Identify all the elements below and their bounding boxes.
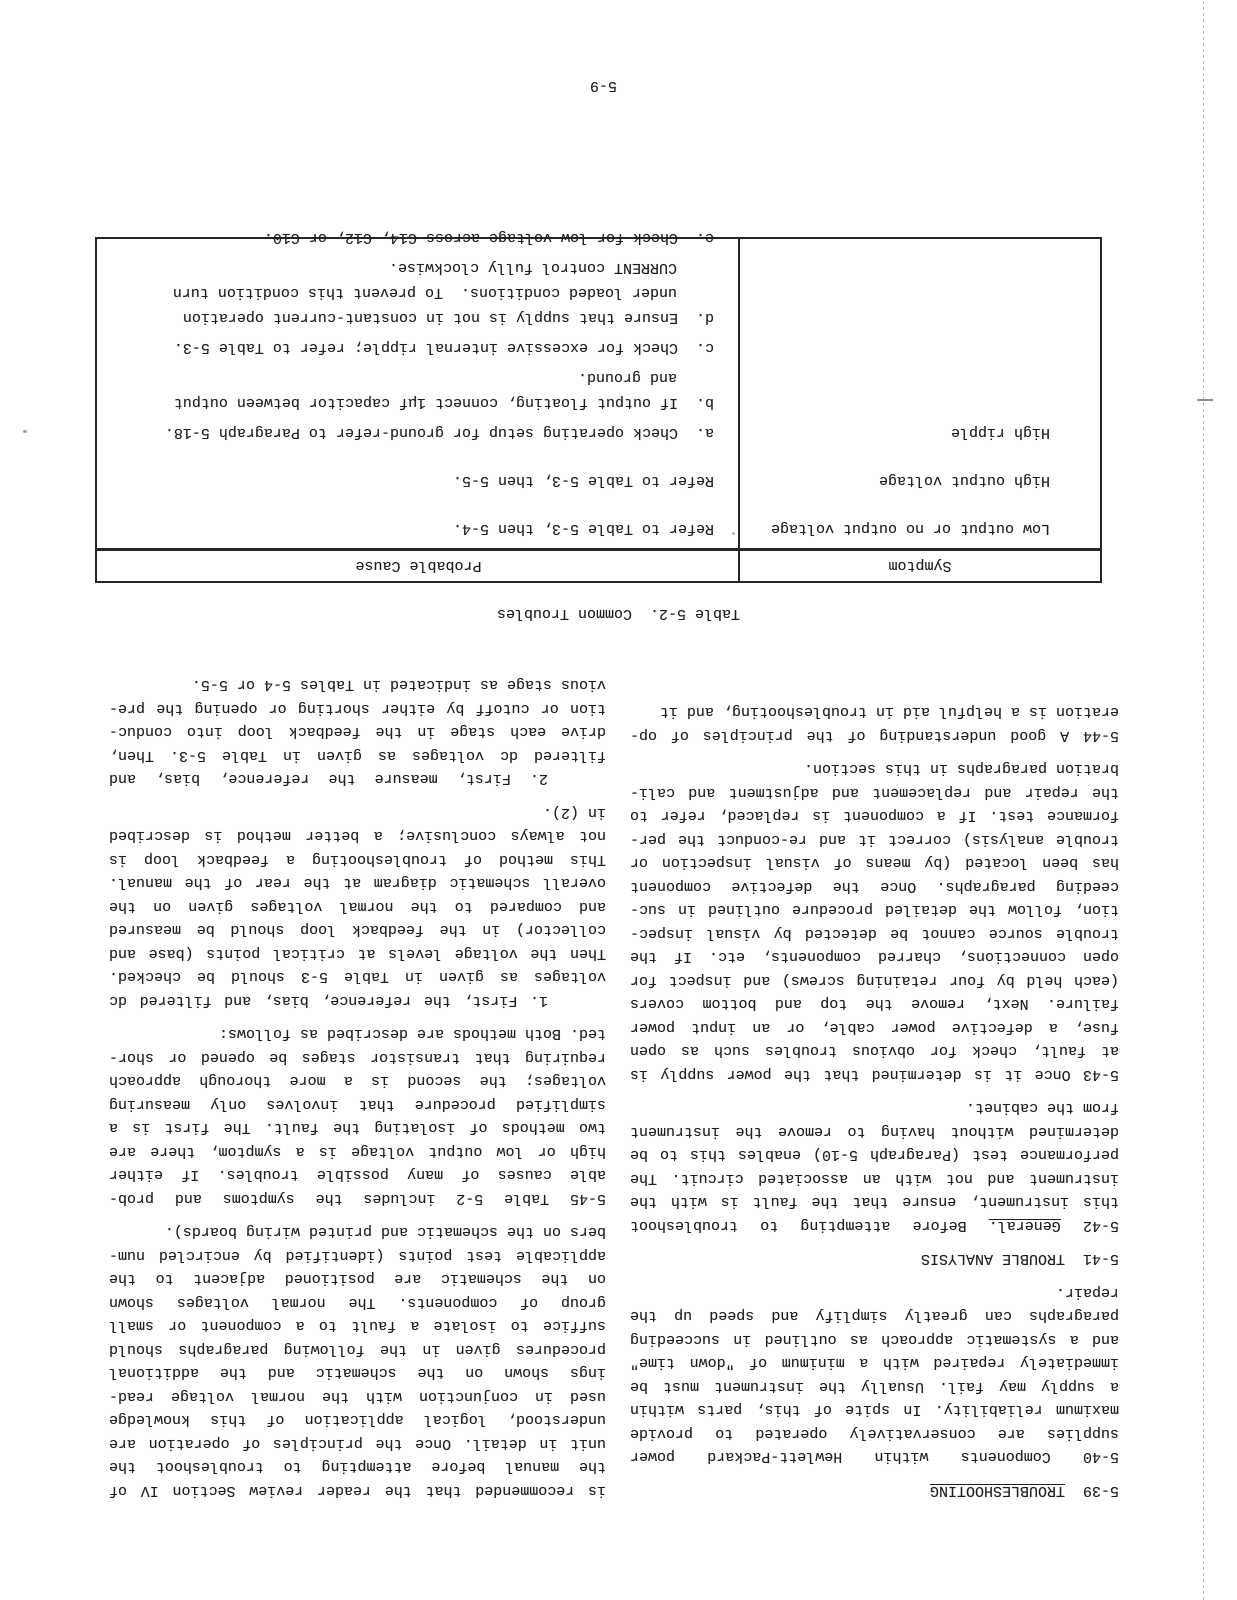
cause-item: d. Ensure that supply is not in constant… <box>103 255 714 330</box>
paragraph: 5-44 A good understanding of the princip… <box>630 700 1119 747</box>
text-line: a. Check operating setup for ground-refe… <box>103 420 714 445</box>
text-line: Then the voltage levels at critical poin… <box>109 942 606 966</box>
paragraph: 1. First, the reference, bias, and filte… <box>109 801 606 1013</box>
table-caption: Table 5-2. Common Troubles <box>0 605 1237 622</box>
cause-item: Refer to Table 5-3, then 5-5. <box>103 468 714 493</box>
text-line: two methods of isolating the fault. The … <box>109 1116 606 1140</box>
column-right: is recommended that the reader review Se… <box>109 663 606 1502</box>
scan-artifact-speck <box>732 532 735 535</box>
text-segment: Before attempting to troubleshoot <box>630 1217 989 1234</box>
text-line: 5-39 TROUBLESHOOTING <box>630 1479 1119 1503</box>
text-line: instrument and not with an associated ci… <box>630 1167 1119 1191</box>
text-line: vious stage as indicated in Tables 5-4 o… <box>109 673 606 697</box>
column-left: 5-39 TROUBLESHOOTING5-40 Components with… <box>630 690 1119 1502</box>
table-header-row: Symptom Probable Cause <box>97 548 1100 581</box>
text-line: overall schematic diagram at the rear of… <box>109 871 606 895</box>
text-line: 5-40 Components within Hewlett-Packard p… <box>630 1445 1119 1469</box>
scanned-page: 5-39 TROUBLESHOOTING5-40 Components with… <box>0 0 1237 1600</box>
text-line: trouble source cannot be detected by vis… <box>630 922 1119 946</box>
cause-item: a. Check operating setup for ground-refe… <box>103 420 714 445</box>
text-line: supplies are conservatively operated to … <box>630 1422 1119 1446</box>
text-line: ted. Both methods are described as follo… <box>109 1022 606 1046</box>
text-line: tion or cutoff by either shorting or ope… <box>109 697 606 721</box>
text-line: 5-43 Once it is determined that the powe… <box>630 1063 1119 1087</box>
probable-cause-column-header: Probable Cause <box>97 554 740 579</box>
symptom-cell: Low output or no output voltage <box>740 511 1100 541</box>
paragraph: 5-43 Once it is determined that the powe… <box>630 757 1119 1086</box>
text-line: Refer to Table 5-3, then 5-5. <box>103 468 714 493</box>
text-line: at fault, check for obvious troubles suc… <box>630 1039 1119 1063</box>
text-line: ceeding paragraphs. Once the defective c… <box>630 875 1119 899</box>
text-line: and ground. <box>103 365 714 390</box>
text-line: This method of troubleshooting a feedbac… <box>109 848 606 872</box>
text-line: is recommended that the reader review Se… <box>109 1479 606 1503</box>
text-line: unit in detail. Once the principles of o… <box>109 1432 606 1456</box>
text-line: open connections, charred components, et… <box>630 945 1119 969</box>
text-line: 5-42 General. Before attempting to troub… <box>630 1214 1119 1238</box>
text-line: c. Check for excessive internal ripple; … <box>103 335 714 360</box>
text-line: ings shown on the schematic and the addi… <box>109 1361 606 1385</box>
symptom-column-header: Symptom <box>740 554 1100 579</box>
cause-item: e. Check for low voltage across C14, C12… <box>103 225 714 250</box>
scan-artifact-tick <box>1197 399 1213 401</box>
text-line: group of components. The normal voltages… <box>109 1291 606 1315</box>
underlined-text: TROUBLESHOOTING <box>930 1482 1065 1499</box>
probable-cause-cell: a. Check operating setup for ground-refe… <box>97 220 740 445</box>
text-line: able causes of many possible troubles. I… <box>109 1163 606 1187</box>
text-line: not always conclusive; a better method i… <box>109 824 606 848</box>
text-line: 5-45 Table 5-2 includes the symptoms and… <box>109 1187 606 1211</box>
text-line: 5-44 A good understanding of the princip… <box>630 724 1119 748</box>
table-body: Low output or no output voltageRefer to … <box>97 220 1100 548</box>
text-line: filtered dc voltages as given in Table 5… <box>109 744 606 768</box>
scan-artifact-speck <box>23 430 27 433</box>
paragraph: 5-45 Table 5-2 includes the symptoms and… <box>109 1022 606 1210</box>
text-line: drive each stage in the feedback loop in… <box>109 720 606 744</box>
text-line: 1. First, the reference, bias, and filte… <box>109 989 606 1013</box>
page-rotated-180: 5-39 TROUBLESHOOTING5-40 Components with… <box>0 0 1237 1600</box>
scan-artifact-line <box>1203 0 1204 1600</box>
text-line: procedures given in the following paragr… <box>109 1338 606 1362</box>
cause-item: b. If output floating, connect 1μf capac… <box>103 365 714 415</box>
paragraph: 2. First, measure the reference, bias, a… <box>109 673 606 791</box>
text-line: understood, logical application of this … <box>109 1408 606 1432</box>
text-line: on the schematic are positioned adjacent… <box>109 1267 606 1291</box>
text-line: the repair and replacement and adjustmen… <box>630 781 1119 805</box>
text-line: collector) in the feedback loop should b… <box>109 918 606 942</box>
cause-item: c. Check for excessive internal ripple; … <box>103 335 714 360</box>
table-row: High ripplea. Check operating setup for … <box>97 220 1100 445</box>
text-line: determined without having to remove the … <box>630 1120 1119 1144</box>
cause-item: Refer to Table 5-3, then 5-4. <box>103 516 714 541</box>
page-number: 5-9 <box>590 77 617 94</box>
text-line: bration paragraphs in this section. <box>630 757 1119 781</box>
section-heading: 5-39 TROUBLESHOOTING <box>630 1479 1119 1503</box>
table-row: High output voltageRefer to Table 5-3, t… <box>97 463 1100 493</box>
text-line: in (2). <box>109 801 606 825</box>
section-heading: 5-41 TROUBLE ANALYSIS <box>630 1247 1119 1271</box>
text-line: d. Ensure that supply is not in constant… <box>103 305 714 330</box>
text-line: CURRENT control fully clockwise. <box>103 255 714 280</box>
text-line: maximum reliability. In spite of this, p… <box>630 1398 1119 1422</box>
text-line: high or low output voltage is a symptom,… <box>109 1140 606 1164</box>
text-line: applicable test points (identified by en… <box>109 1244 606 1268</box>
text-line: repair. <box>630 1281 1119 1305</box>
text-line: and compared to the normal voltages give… <box>109 895 606 919</box>
text-line: e. Check for low voltage across C14, C12… <box>103 225 714 250</box>
text-line: suffice to isolate a fault to a componen… <box>109 1314 606 1338</box>
text-line: b. If output floating, connect 1μf capac… <box>103 390 714 415</box>
text-line: bers on the schematic and printed wiring… <box>109 1220 606 1244</box>
text-line: from the cabinet. <box>630 1096 1119 1120</box>
symptom-cell: High output voltage <box>740 463 1100 493</box>
text-line: and a systematic approach as outlined in… <box>630 1328 1119 1352</box>
text-line: 2. First, measure the reference, bias, a… <box>109 767 606 791</box>
text-segment: 5-41 TROUBLE ANALYSIS <box>921 1251 1119 1268</box>
symptom-cell: High ripple <box>740 220 1100 445</box>
text-line: this instrument, ensure that the fault i… <box>630 1190 1119 1214</box>
text-line: voltages; the second is a more thorough … <box>109 1069 606 1093</box>
text-line: simplified procedure that involves only … <box>109 1093 606 1117</box>
text-segment: 5-39 <box>1065 1482 1119 1499</box>
text-line: voltages as given in Table 5-3 should be… <box>109 965 606 989</box>
text-line: tion, follow the detailed procedure outl… <box>630 898 1119 922</box>
common-troubles-table: Symptom Probable Cause Low output or no … <box>95 237 1102 583</box>
underlined-text: General. <box>989 1217 1061 1234</box>
text-line: a supply may fail. Usually the instrumen… <box>630 1375 1119 1399</box>
text-line: fuse, a defective power cable, or an inp… <box>630 1016 1119 1040</box>
text-line: Refer to Table 5-3, then 5-4. <box>103 516 714 541</box>
probable-cause-cell: Refer to Table 5-3, then 5-4. <box>97 511 740 541</box>
text-line: (each held by four retaining screws) and… <box>630 969 1119 993</box>
text-line: trouble analysis) correct it and re-cond… <box>630 828 1119 852</box>
text-line: performance test (Paragraph 5-10) enable… <box>630 1143 1119 1167</box>
text-line: formance test. If a component is replace… <box>630 804 1119 828</box>
text-line: requiring that transistor stages be open… <box>109 1046 606 1070</box>
text-line: under loaded conditions. To prevent this… <box>103 280 714 305</box>
text-segment: 5-42 <box>1061 1217 1119 1234</box>
text-line: the manual before attempting to troubles… <box>109 1455 606 1479</box>
text-line: immediately repaired with a minimum of "… <box>630 1351 1119 1375</box>
paragraph: 5-42 General. Before attempting to troub… <box>630 1096 1119 1237</box>
probable-cause-cell: Refer to Table 5-3, then 5-5. <box>97 463 740 493</box>
text-line: has been located (by means of visual ins… <box>630 851 1119 875</box>
table-row: Low output or no output voltageRefer to … <box>97 511 1100 541</box>
table-column-divider <box>738 239 740 581</box>
paragraph: 5-40 Components within Hewlett-Packard p… <box>630 1281 1119 1469</box>
text-line: paragraphs can greatly simplify and spee… <box>630 1304 1119 1328</box>
paragraph: is recommended that the reader review Se… <box>109 1220 606 1502</box>
text-line: eration is a helpful aid in troubleshoot… <box>630 700 1119 724</box>
text-line: used in conjunction with the normal volt… <box>109 1385 606 1409</box>
text-line: 5-41 TROUBLE ANALYSIS <box>630 1247 1119 1271</box>
text-line: failure. Next, remove the top and bottom… <box>630 992 1119 1016</box>
